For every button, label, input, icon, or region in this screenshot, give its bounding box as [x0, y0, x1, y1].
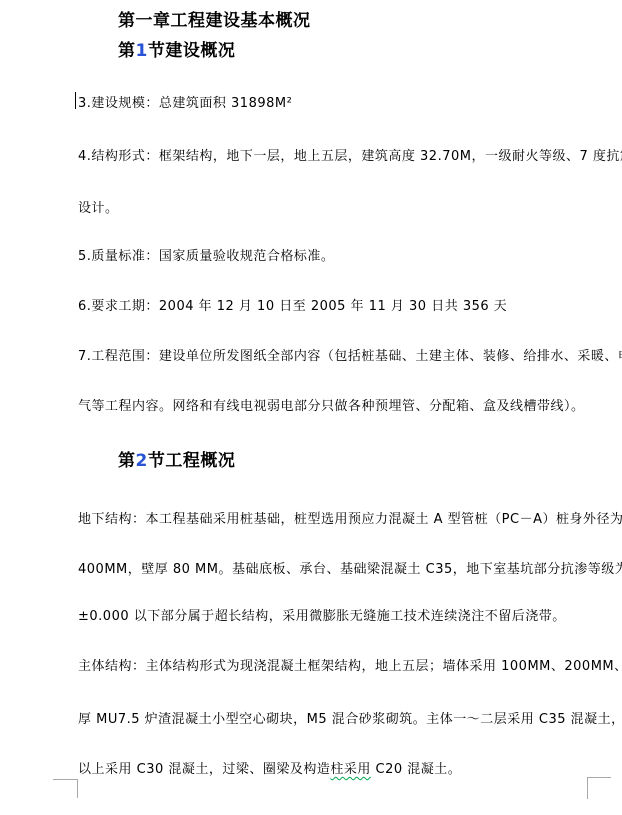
body-line: 气等工程内容。网络和有线电视弱电部分只做各种预埋管、分配箱、盒及线槽带线）。	[78, 395, 585, 414]
section2-heading-number: 2	[136, 451, 148, 471]
body-line: 以上采用 C30 混凝土，过梁、圈梁及构造柱采用 C20 混凝土。	[78, 758, 461, 777]
crop-mark-bottom-right	[587, 777, 611, 799]
body-line: 400MM，壁厚 80 MM。基础底板、承台、基础梁混凝土 C35，地下室基坑部…	[78, 558, 622, 577]
section2-heading: 第2节工程概况	[118, 446, 235, 471]
body-line: 7.工程范围：建设单位所发图纸全部内容（包括桩基础、土建主体、装修、给排水、采暖…	[78, 345, 622, 364]
body-line: 3.建设规模：总建筑面积 31898M²	[78, 92, 292, 111]
body-line: 6.要求工期：2004 年 12 月 10 日至 2005 年 11 月 30 …	[78, 295, 507, 314]
section1-heading-prefix: 第	[118, 41, 136, 61]
last-line-before: 以上采用 C30 混凝土，过梁、圈梁及构造	[78, 762, 330, 777]
section1-heading: 第1节建设概况	[118, 36, 235, 61]
body-line: 设计。	[78, 197, 119, 216]
body-line: ±0.000 以下部分属于超长结构，采用微膨胀无缝施工技术连续浇注不留后浇带。	[78, 605, 566, 624]
document-page[interactable]: 第一章工程建设基本概况 第1节建设概况 3.建设规模：总建筑面积 31898M²…	[0, 0, 622, 815]
section1-heading-number: 1	[136, 41, 148, 61]
section2-heading-suffix: 节工程概况	[148, 451, 236, 471]
body-line: 主体结构：主体结构形式为现浇混凝土框架结构，地上五层；墙体采用 100MM、20…	[78, 655, 622, 674]
section2-heading-prefix: 第	[118, 451, 136, 471]
body-line: 5.质量标准：国家质量验收规范合格标准。	[78, 245, 334, 264]
last-line-after: C20 混凝土。	[371, 762, 461, 777]
chapter-heading: 第一章工程建设基本概况	[118, 6, 311, 31]
body-line: 厚 MU7.5 炉渣混凝土小型空心砌块，M5 混合砂浆砌筑。主体一～二层采用 C…	[78, 708, 622, 727]
grammar-flagged-text: 柱采用	[330, 762, 371, 777]
section1-heading-suffix: 节建设概况	[148, 41, 236, 61]
text-cursor	[75, 92, 76, 109]
body-line: 地下结构：本工程基础采用桩基础，桩型选用预应力混凝土 A 型管桩（PC－A）桩身…	[78, 508, 622, 527]
crop-mark-bottom-left	[53, 779, 78, 798]
body-line: 4.结构形式：框架结构，地下一层，地上五层，建筑高度 32.70M，一级耐火等级…	[78, 145, 622, 164]
